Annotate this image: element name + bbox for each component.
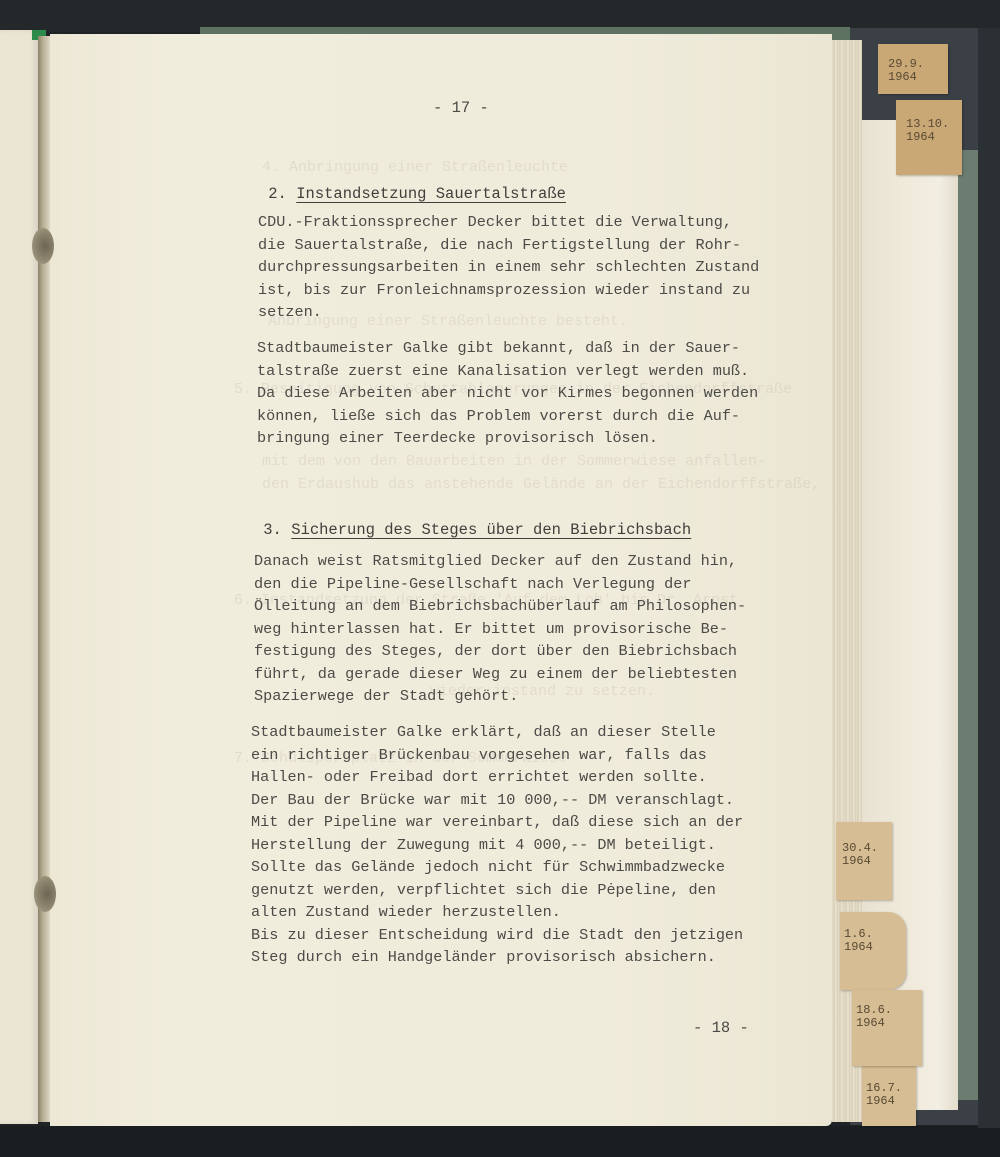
binder-cover-green xyxy=(958,150,978,1100)
text-line: Danach weist Ratsmitglied Decker auf den… xyxy=(254,552,746,575)
section-number: 2. xyxy=(268,185,296,203)
text-line: setzen. xyxy=(258,303,759,326)
bleed-through-line: mit dem von den Bauarbeiten in der Somme… xyxy=(262,453,766,470)
paragraph: Stadtbaumeister Galke gibt bekannt, daß … xyxy=(257,339,758,452)
text-line: durchpressungsarbeiten in einem sehr sch… xyxy=(258,258,759,281)
text-line: ist, bis zur Fronleichnamsprozession wie… xyxy=(258,281,759,304)
text-line: Der Bau der Brücke war mit 10 000,-- DM … xyxy=(251,791,743,814)
binder-ring-icon xyxy=(32,228,54,264)
bleed-through-line: den Erdaushub das anstehende Gelände an … xyxy=(262,476,820,493)
tab-year: 1964 xyxy=(888,71,948,84)
text-line: talstraße zuerst eine Kanalisation verle… xyxy=(257,362,758,385)
index-tab[interactable]: 18.6. 1964 xyxy=(852,990,922,1066)
index-tab[interactable]: 29.9. 1964 xyxy=(878,44,948,94)
text-line: die Sauertalstraße, die nach Fertigstell… xyxy=(258,236,759,259)
text-line: bringung einer Teerdecke provisorisch lö… xyxy=(257,429,758,452)
binder-edge xyxy=(978,28,1000,1128)
tab-year: 1964 xyxy=(906,131,962,144)
page-number-bottom: - 18 - xyxy=(693,1019,749,1037)
text-line: Stadtbaumeister Galke gibt bekannt, daß … xyxy=(257,339,758,362)
left-page xyxy=(0,30,38,1124)
background-bottom xyxy=(0,1126,1000,1157)
section-number: 3. xyxy=(263,521,291,539)
text-line: CDU.-Fraktionssprecher Decker bittet die… xyxy=(258,213,759,236)
text-line: Steg durch ein Handgeländer provisorisch… xyxy=(251,948,743,971)
text-line: festigung des Steges, der dort über den … xyxy=(254,642,746,665)
text-line: ein richtiger Brückenbau vorgesehen war,… xyxy=(251,746,743,769)
tab-year: 1964 xyxy=(866,1095,916,1108)
text-line: führt, da gerade dieser Weg zu einem der… xyxy=(254,665,746,688)
paragraph: Stadtbaumeister Galke erklärt, daß an di… xyxy=(251,723,743,971)
page-number-top: - 17 - xyxy=(433,99,489,117)
text-line: Herstellung der Zuwegung mit 4 000,-- DM… xyxy=(251,836,743,859)
text-line: Da diese Arbeiten aber nicht vor Kirmes … xyxy=(257,384,758,407)
text-line: Bis zu dieser Entscheidung wird die Stad… xyxy=(251,926,743,949)
text-line: genutzt werden, verpflichtet sich die Pė… xyxy=(251,881,743,904)
text-line: Spazierwege der Stadt gehört. xyxy=(254,687,746,710)
text-line: den die Pipeline-Gesellschaft nach Verle… xyxy=(254,575,746,598)
text-line: Sollte das Gelände jedoch nicht für Schw… xyxy=(251,858,743,881)
tab-year: 1964 xyxy=(842,855,892,868)
index-tab[interactable]: 16.7. 1964 xyxy=(862,1066,916,1126)
page-gutter xyxy=(38,36,50,1122)
text-line: Mit der Pipeline war vereinbart, daß die… xyxy=(251,813,743,836)
text-line: Stadtbaumeister Galke erklärt, daß an di… xyxy=(251,723,743,746)
section-title: Sicherung des Steges über den Biebrichsb… xyxy=(291,521,691,539)
text-line: Ölleitung an dem Biebrichsbachüberlauf a… xyxy=(254,597,746,620)
text-line: alten Zustand wieder herzustellen. xyxy=(251,903,743,926)
binder-ring-icon xyxy=(34,876,56,912)
text-line: weg hinterlassen hat. Er bittet um provi… xyxy=(254,620,746,643)
paragraph: CDU.-Fraktionssprecher Decker bittet die… xyxy=(258,213,759,326)
index-tab[interactable]: 1.6. 1964 xyxy=(840,912,906,990)
index-tab[interactable]: 13.10. 1964 xyxy=(896,100,962,175)
tab-year: 1964 xyxy=(844,941,906,954)
tab-year: 1964 xyxy=(856,1017,922,1030)
section-heading-3: 3.Sicherung des Steges über den Biebrich… xyxy=(226,503,691,557)
text-line: Hallen- oder Freibad dort errichtet werd… xyxy=(251,768,743,791)
index-tab[interactable]: 30.4. 1964 xyxy=(836,822,892,900)
scanned-binder-spread: 4. Anbringung einer Straßenleuchte Anbri… xyxy=(0,0,1000,1157)
section-title: Instandsetzung Sauertalstraße xyxy=(296,185,566,203)
text-line: können, ließe sich das Problem vorerst d… xyxy=(257,407,758,430)
paragraph: Danach weist Ratsmitglied Decker auf den… xyxy=(254,552,746,710)
